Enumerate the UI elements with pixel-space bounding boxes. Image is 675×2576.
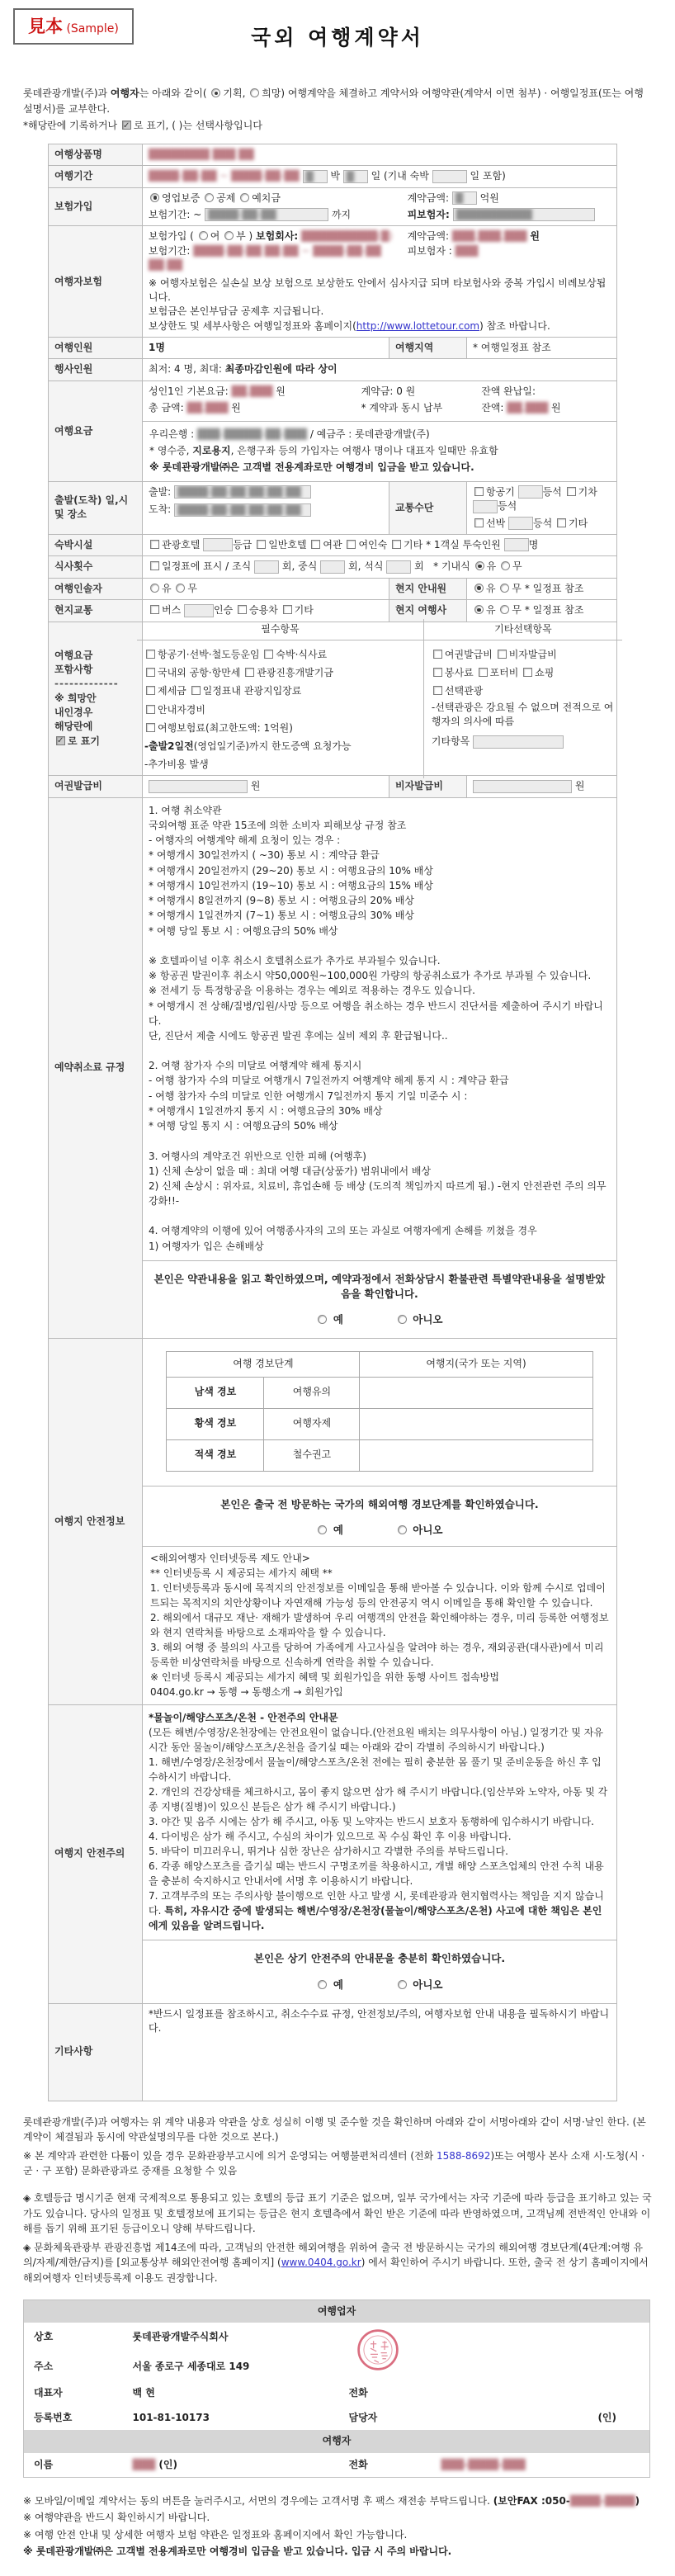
cancellation-rule-line: 단, 진단서 제출 시에도 항공권 발권 후에는 실비 제외 후 환급됩니다.. xyxy=(149,1028,611,1043)
company-reg-label: 등록번호 xyxy=(24,2406,123,2430)
tins-amount-label: 계약금액: xyxy=(408,230,449,242)
signature-table: 여행업자 상호 롯데관광개발주식회사 주소 서울 종로구 세종대로 149 대표… xyxy=(23,2299,650,2478)
etc-label: 기타사항 xyxy=(49,2003,143,2101)
airport-tax-checkbox[interactable] xyxy=(146,668,155,677)
safety-site-note: ◈ 문화체육관광부 관광진흥법 제14조에 따라, 고객님의 안전한 해외여행을… xyxy=(23,2240,652,2286)
alert-destination-cell[interactable] xyxy=(360,1408,592,1439)
ship-checkbox[interactable] xyxy=(474,518,484,527)
passport-fee-checkbox[interactable] xyxy=(433,650,442,659)
optional-tour-note: -선택관광은 강요될 수 없으며 전적으로 여행자의 의사에 따름 xyxy=(432,701,615,730)
safety-caution-line: 6. 각종 해양스포츠를 즐기실 때는 반드시 구명조끼를 착용하시고, 개별 … xyxy=(149,1859,611,1888)
general-hotel-label: 일반호텔 xyxy=(268,539,306,551)
inflight-nights-input[interactable] xyxy=(432,170,467,183)
tins-note-3: 보상한도 및 세부사항은 여행일정표와 홈페이지(http://www.lott… xyxy=(149,319,611,333)
guarantee-radio[interactable] xyxy=(150,193,159,202)
intro-note-pre: *해당란에 기록하거나 xyxy=(23,120,120,131)
company-seal-stamp xyxy=(356,2328,400,2372)
alert-level: 황색 경보 xyxy=(167,1408,264,1439)
cancellation-label: 예약취소료 규정 xyxy=(49,797,143,1338)
taxes-checkbox[interactable] xyxy=(146,686,155,695)
company-header-bar: 여행업자 xyxy=(24,2299,650,2323)
departure-field-label: 출발: xyxy=(149,486,171,498)
meals-itinerary-label: 일정표에 표시 / xyxy=(162,560,229,572)
other-local-transport-checkbox[interactable] xyxy=(283,605,292,614)
inflight-meal-yes-radio[interactable] xyxy=(475,561,484,570)
price-balance-due: 잔액 완납일: xyxy=(481,385,611,399)
terms-confirmation-text: 본인은 약관내용을 읽고 확인하였으며, 예약과정에서 전화상담시 환불관련 특… xyxy=(151,1272,608,1302)
alert-confirmation-text: 본인은 출국 전 방문하는 국가의 해외여행 경보단계를 확인하였습니다. xyxy=(151,1497,608,1512)
breakfast-count-input[interactable] xyxy=(254,560,279,574)
row-etc: 기타사항 *반드시 일정표를 참조하시고, 취소수수료 규정, 안전정보/주의,… xyxy=(49,2003,617,2101)
meals-itinerary-checkbox[interactable] xyxy=(150,561,159,570)
days-input[interactable]: █ xyxy=(343,170,368,183)
departure-line: 출발: ████-██-██ ██:██ ██ xyxy=(149,485,383,499)
ship-label: 선박 xyxy=(486,518,505,529)
tins-amount-unit: 원 xyxy=(530,230,540,242)
inn-label: 여관 xyxy=(323,539,342,551)
train-label: 기차 xyxy=(578,486,597,498)
transport-label: 교통수단 xyxy=(389,481,466,534)
eventcount-bold: 최종마감인원에 따라 상이 xyxy=(225,363,337,375)
bus-capacity-input[interactable] xyxy=(184,604,214,617)
eventcount-pre: 최저: 4 명, 최대: xyxy=(149,363,225,375)
row-insurance: 보험가입 영업보증 공제 예치금 계약금액: █ 억원 xyxy=(49,187,617,226)
page-header: 見本 (Sample) 국외 여행계약서 xyxy=(23,5,652,81)
alert-destination-header: 여행지(국가 또는 지역) xyxy=(360,1352,592,1377)
alert-confirmation: 본인은 출국 전 방문하는 국가의 해외여행 경보단계를 확인하였습니다. 예 … xyxy=(143,1486,616,1547)
optional-items: 여권발급비 비자발급비 봉사료 포터비 쇼핑 선택관광 -선택관광은 강요될 수… xyxy=(423,640,622,778)
company-manager-label: 담당자 xyxy=(339,2406,432,2430)
cancellation-rule-line: * 여행개시 1일전까지 (7~1) 통보 시 : 여행요금의 30% 배상 xyxy=(149,908,611,923)
period-label: 여행기간 xyxy=(49,166,143,187)
closing-paragraph-1: 롯데관광개발(주)과 여행자는 위 계약 내용과 약관을 상호 성실히 이행 및… xyxy=(23,2115,652,2145)
traveler-row: 이름 ███ (인) 전화 ███-████-███ xyxy=(24,2453,650,2478)
other-items-label: 기타항목 xyxy=(432,735,470,747)
insurance-period-suffix: 까지 xyxy=(332,209,351,220)
local-agency-note: * 일정표 참조 xyxy=(525,604,584,616)
intro-text-2: 는 아래와 같이( xyxy=(139,87,210,99)
price-pay-note: * 계약과 동시 납부 xyxy=(361,401,482,415)
insurance-period-label: 보험기간: ~ xyxy=(149,209,201,220)
tins-yes-radio[interactable] xyxy=(199,231,208,240)
tourism-fund-checkbox[interactable] xyxy=(245,668,254,677)
contract-amount-input[interactable]: █ xyxy=(452,191,477,205)
cancellation-rule-line xyxy=(149,1208,611,1223)
tourist-hotel-label: 관광호텔 xyxy=(162,539,200,551)
fare-checkbox[interactable] xyxy=(146,650,155,659)
alert-row: 황색 경보 여행자제 xyxy=(167,1408,592,1439)
passport-fee-input[interactable] xyxy=(149,780,248,793)
tins-join-pre: 보험가입 ( xyxy=(149,230,194,242)
visa-fee-input[interactable] xyxy=(473,780,572,793)
traveler-phone-redacted: ███-████-███ xyxy=(441,2459,526,2470)
product-value-redacted: ████████ ███ ██ xyxy=(149,149,254,160)
cancellation-rule-line xyxy=(149,938,611,953)
optional-items-header: 기타선택항목 xyxy=(423,619,622,640)
local-guide-note: * 일정표 참조 xyxy=(525,583,584,594)
footnote-4: ※ 롯데관광개발㈜은 고객별 전용계좌로만 여행경비 입금을 받고 있습니다. … xyxy=(23,2543,652,2559)
safety-caution-label: 여행지 안전주의 xyxy=(49,1704,143,2003)
required-items: 항공기·선박·철도등운임 숙박·식사료 국내외 공항·항만세 관광진흥개발기금 … xyxy=(137,640,423,778)
intro-note-post: 로 표기, ( )는 선택사항입니다 xyxy=(134,120,262,131)
local-guide-yes-radio[interactable] xyxy=(474,584,484,593)
etc-text: *반드시 일정표를 참조하시고, 취소수수료 규정, 안전정보/주의, 여행자보… xyxy=(143,2003,617,2101)
cancellation-rule-line xyxy=(149,1043,611,1058)
escort-no-radio[interactable] xyxy=(176,584,185,593)
bank-account-line: 우리은행 : ███-█████-██-███ / 예금주 : 롯데관광개발(주… xyxy=(149,426,610,442)
internet-registration-line: ** 인터넷등록 시 제공되는 세가지 혜택 ** xyxy=(150,1566,609,1581)
price-deposit: 계약금: 0 원 xyxy=(361,385,482,399)
price-balance: 잔액: ██,███ 원 xyxy=(481,401,611,415)
tins-join-post: ) xyxy=(249,230,257,242)
alert-no-radio[interactable] xyxy=(398,1525,407,1534)
insured-label: 피보험자: xyxy=(408,209,450,220)
escort-label: 여행인솔자 xyxy=(49,578,143,599)
cancellation-rule-line xyxy=(149,1133,611,1148)
cancellation-rule-line: * 여행개시 10일전까지 (19~10) 통보 시 : 여행요금의 15% 배… xyxy=(149,878,611,893)
company-name-label: 상호 xyxy=(24,2323,123,2352)
other-items-input[interactable] xyxy=(473,735,564,749)
hostel-checkbox[interactable] xyxy=(347,540,356,549)
local-guide-label: 현지 안내원 xyxy=(389,578,466,599)
closing-section: 롯데관광개발(주)과 여행자는 위 계약 내용과 약관을 상호 성실히 이행 및… xyxy=(23,2115,652,2286)
bus-label: 버스 xyxy=(162,604,181,616)
visa-fee-label: 비자발급비 xyxy=(389,776,466,797)
cancellation-rule-line: - 여행 참가자 수의 미달로 인한 여행개시 7일전까지 통지 기일 미준수 … xyxy=(149,1089,611,1104)
inflight-meal-no-radio[interactable] xyxy=(501,561,510,570)
cancellation-rule-line: - 여행 참가자 수의 미달로 여행개시 7일전까지 여행계약 해제 통지 시 … xyxy=(149,1073,611,1088)
travel-alert-table: 여행 경보단계 여행지(국가 또는 지역) 남색 경보 여행유의 xyxy=(166,1351,592,1471)
arrival-field-label: 도착: xyxy=(149,503,171,515)
company-ceo-row: 대표자 백 현 전화 xyxy=(24,2381,650,2405)
alert-action: 철수권고 xyxy=(264,1439,360,1471)
caution-confirmation: 본인은 상기 안전주의 안내문을 충분히 확인하였습니다. 예 아니오 xyxy=(143,1940,616,1999)
alert-yes-radio[interactable] xyxy=(318,1525,327,1534)
caution-no-radio[interactable] xyxy=(398,1980,407,1989)
intro-traveler-bold: 여행자 xyxy=(111,87,139,99)
guarantee-label: 영업보증 xyxy=(162,192,200,204)
lodging-meal-checkbox[interactable] xyxy=(264,650,273,659)
intro-note: *해당란에 기록하거나 로 표기, ( )는 선택사항입니다 xyxy=(23,118,652,134)
safety-site-link[interactable]: www.0404.go.kr xyxy=(281,2257,361,2268)
intro-paragraph: 롯데관광개발(주)과 여행자는 아래와 같이( 기획, 희망) 여행계약을 체결… xyxy=(23,86,652,134)
sample-kanji: 見本 xyxy=(28,17,63,36)
footnote-1: ※ 모바일/이메일 계약서는 동의 버튼을 눌러주시고, 서면의 경우에는 고객… xyxy=(23,2493,652,2509)
footnote-2: ※ 여행약관을 반드시 확인하시기 바랍니다. xyxy=(23,2509,652,2526)
company-reg-number: 101-81-10173 xyxy=(123,2406,339,2430)
company-phone-label: 전화 xyxy=(339,2381,432,2405)
ship-class-input[interactable] xyxy=(508,517,533,530)
price-balance-redacted: ██,███ xyxy=(507,402,548,414)
tins-note-3-pre: 보상한도 및 세부사항은 여행일정표와 홈페이지( xyxy=(149,320,356,332)
row-cancellation: 예약취소료 규정 1. 여행 취소약관국외여행 표준 약관 15조에 의한 소비… xyxy=(49,797,617,1338)
alert-action: 여행자제 xyxy=(264,1408,360,1439)
terms-no-radio[interactable] xyxy=(398,1315,407,1324)
company-address: 서울 종로구 세종대로 149 xyxy=(123,2352,339,2382)
internet-registration-line: 1. 인터넷등록과 동시에 목적지의 안전정보를 이메일을 통해 받아볼 수 있… xyxy=(150,1581,609,1610)
airplane-label: 항공기 xyxy=(486,486,515,498)
sample-watermark-box: 見本 (Sample) xyxy=(13,8,134,45)
optional-tour-checkbox[interactable] xyxy=(433,686,442,695)
days-unit: 일 (기내 숙박 xyxy=(371,170,429,182)
insurance-period-input[interactable]: ████-██-██ xyxy=(205,208,328,221)
cancellation-rule-line: 국외여행 표준 약관 15조에 의한 소비자 피해보상 규정 참조 xyxy=(149,818,611,833)
hostel-label: 여인숙 xyxy=(358,539,387,551)
other-transport-label: 기타 xyxy=(569,518,588,529)
departure-label: 출발(도착) 일,시 및 장소 xyxy=(49,481,143,534)
arrival-line: 도착: ████-██-██ ██:██ ██ xyxy=(149,503,383,517)
company-ceo: 백 현 xyxy=(123,2381,339,2405)
company-header: 여행업자 xyxy=(24,2299,650,2323)
safety-caution-line: 1. 해변/수영장/온천장에서 물놀이/해양스포츠/온천 전에는 필히 충분한 … xyxy=(149,1755,611,1784)
inn-checkbox[interactable] xyxy=(311,540,320,549)
headcount-value: 1명 xyxy=(149,342,165,353)
transport-line-2: 선박 등석 기타 xyxy=(473,517,611,531)
sample-latin: (Sample) xyxy=(63,22,119,35)
cancellation-rule-line: ※ 항공권 발권이후 취소시 약50,000원~100,000원 가량의 항공취… xyxy=(149,968,611,983)
alert-level-header: 여행 경보단계 xyxy=(167,1352,360,1377)
tins-yes-label: 여 xyxy=(210,230,220,242)
lodging-label: 숙박시설 xyxy=(49,534,143,555)
tins-insured-label: 피보험자 : xyxy=(408,245,452,257)
checked-checkbox-icon xyxy=(122,121,131,130)
other-transport-checkbox[interactable] xyxy=(557,518,566,527)
alert-row: 적색 경보 철수권고 xyxy=(167,1439,592,1471)
company-reg-row: 등록번호 101-81-10173 담당자 (인) xyxy=(24,2406,650,2430)
departure-input[interactable]: ████-██-██ ██:██ ██ xyxy=(174,485,311,499)
tins-insured-redacted: ███ xyxy=(456,245,479,257)
eventcount-label: 행사인원 xyxy=(49,359,143,380)
local-transport-label: 현지교통 xyxy=(49,600,143,622)
terms-confirmation: 본인은 약관내용을 읽고 확인하였으며, 예약과정에서 전화상담시 환불관련 특… xyxy=(143,1260,616,1335)
terms-yes-radio[interactable] xyxy=(318,1315,327,1324)
traveler-stamp: (인) xyxy=(158,2459,177,2470)
contract-amount-unit: 억원 xyxy=(480,192,499,204)
caution-yes-radio[interactable] xyxy=(318,1980,327,1989)
dinner-count-input[interactable] xyxy=(386,560,411,574)
cancellation-rule-line: ※ 전세기 등 특정항공을 이용하는 경우는 예외로 적용하는 경우도 있습니다… xyxy=(149,983,611,998)
hotel-grade-input[interactable] xyxy=(203,538,233,551)
receipt-note: * 영수증, 지로용지, 은행구좌 등의 가입자는 여행사 명이나 대표자 일때… xyxy=(149,442,610,459)
cancellation-rule-line: * 여행개시 전 상해/질병/입원/사망 등으로 여행을 취소하는 경우 반드시… xyxy=(149,999,611,1028)
intro-text-1: 롯데관광개발(주)과 xyxy=(23,87,111,99)
contract-type-planned-label: 기획, xyxy=(223,87,245,99)
row-safety-caution: 여행지 안전주의 *물놀이/해양스포츠/온천 - 안전주의 안내문 (모든 해변… xyxy=(49,1704,617,2003)
includes-label: 여행요금 포함사항 ------------- ※ 희망안 내인경우 해당란에 … xyxy=(49,622,143,776)
shopping-checkbox[interactable] xyxy=(523,668,532,677)
alert-level: 남색 경보 xyxy=(167,1377,264,1408)
inflight-meal-label: * 기내식 xyxy=(433,560,470,572)
service-charge-checkbox[interactable] xyxy=(433,668,442,677)
cancellation-rule-line: 1) 신체 손상이 없을 때 : 최대 여행 대금(상품가) 범위내에서 배상 xyxy=(149,1164,611,1179)
fax-number-redacted: ████-████ xyxy=(570,2495,635,2507)
intro-line: 롯데관광개발(주)과 여행자는 아래와 같이( 기획, 희망) 여행계약을 체결… xyxy=(23,86,652,116)
lottetour-link[interactable]: http://www.lottetour.com xyxy=(356,320,479,332)
price-total: 총 금액: ██,███ 원 xyxy=(149,401,361,415)
safety-caution-line: 2. 개인의 건강상태를 체크하시고, 몸이 좋지 않으면 삼가 해 주시기 바… xyxy=(149,1784,611,1814)
local-agency-no-radio[interactable] xyxy=(500,605,509,614)
row-period: 여행기간 ████-██-██ ~ ████-██-██ █ 박 █ 일 (기내… xyxy=(49,166,617,187)
cancellation-rule-line: * 여행 당일 통보 시 : 여행요금의 50% 배상 xyxy=(149,924,611,938)
row-includes: 여행요금 포함사항 ------------- ※ 희망안 내인경우 해당란에 … xyxy=(49,622,617,776)
lunch-count-input[interactable] xyxy=(320,560,345,574)
car-label: 승용차 xyxy=(249,604,278,616)
train-checkbox[interactable] xyxy=(567,487,576,496)
closing-paragraph-2: ※ 본 계약과 관련한 다툼이 있을 경우 문화관광부고시에 의거 운영되는 여… xyxy=(23,2148,652,2179)
page: 見本 (Sample) 국외 여행계약서 롯데관광개발(주)과 여행자는 아래와… xyxy=(0,0,675,2576)
other-lodging-label: 기타 xyxy=(404,539,422,551)
company-address-label: 주소 xyxy=(24,2352,123,2382)
tins-note-1: ※ 여행자보험은 실손실 보상 보험으로 보상한도 안에서 심사지급 되며 타보… xyxy=(149,277,611,305)
airplane-class-input[interactable] xyxy=(518,485,543,499)
footnote-3: ※ 여행 안전 안내 및 상세한 여행자 보험 약관은 일정표와 홈페이지에서 … xyxy=(23,2526,652,2543)
row-passport-fee: 여권발급비 원 비자발급비 원 xyxy=(49,776,617,797)
cancellation-rule-line: * 여행개시 30일전까지 ( ~30) 통보 시 : 계약금 환급 xyxy=(149,848,611,863)
escort-yes-radio[interactable] xyxy=(150,584,159,593)
room-occupancy-input[interactable] xyxy=(504,538,529,551)
row-safety-info: 여행지 안전정보 여행 경보단계 여행지(국가 또는 지역) 남색 경보 xyxy=(49,1339,617,1705)
company-phone-value xyxy=(432,2381,650,2405)
alert-action: 여행유의 xyxy=(264,1377,360,1408)
alert-level: 적색 경보 xyxy=(167,1439,264,1471)
row-meals: 식사횟수 일정표에 표시 / 조식 회, 중식 회, 석식 회 * 기내식 유 … xyxy=(49,556,617,578)
contract-form-table: 여행상품명 ████████ ███ ██ 여행기간 ████-██-██ ~ … xyxy=(48,144,617,2101)
traveler-name-cell: ███ (인) xyxy=(123,2453,339,2478)
safety-caution-title: *물놀이/해양스포츠/온천 - 안전주의 안내문 xyxy=(149,1712,338,1723)
company-manager-stamp: (인) xyxy=(432,2406,650,2430)
contract-type-planned-radio[interactable] xyxy=(211,88,220,97)
contract-amount-label: 계약금액: xyxy=(408,192,449,204)
caution-confirmation-text: 본인은 상기 안전주의 안내문을 충분히 확인하였습니다. xyxy=(151,1951,608,1966)
guide-cost-checkbox[interactable] xyxy=(146,705,155,714)
cancellation-rule-line: * 여행개시 1일전까지 통지 시 : 여행요금의 30% 배상 xyxy=(149,1104,611,1118)
complaint-center-phone: 1588-8692 xyxy=(437,2150,490,2162)
internet-registration-info: <해외여행자 인터넷등록 제도 안내>** 인터넷등록 시 제공되는 세가지 혜… xyxy=(143,1547,616,1704)
row-lodging: 숙박시설 관광호텔 등급 일반호텔 여관 여인숙 기타 * 1객실 투숙인원 명 xyxy=(49,534,617,555)
local-agency-yes-radio[interactable] xyxy=(474,605,484,614)
company-seal-cell xyxy=(339,2323,650,2381)
traveler-header-bar: 여행자 xyxy=(24,2430,650,2452)
hotel-grade-note: ◈ 호텔등급 명시기준 현재 국제적으로 통용되고 있는 호텔의 등급 표기 기… xyxy=(23,2191,652,2237)
row-product: 여행상품명 ████████ ███ ██ xyxy=(49,144,617,165)
alert-destination-cell[interactable] xyxy=(360,1377,592,1408)
car-checkbox[interactable] xyxy=(238,605,247,614)
safety-info-label: 여행지 안전정보 xyxy=(49,1339,143,1705)
row-escort: 여행인솔자 유 무 현지 안내원 유 무 * 일정표 참조 xyxy=(49,578,617,599)
nights-unit: 박 xyxy=(330,170,340,182)
tins-company-redacted: ██████████(█) xyxy=(301,230,393,242)
region-label: 여행지역 xyxy=(389,338,466,359)
headcount-label: 여행인원 xyxy=(49,338,143,359)
deposit-radio[interactable] xyxy=(240,193,249,202)
room-occupancy-label: * 1객실 투숙인원 xyxy=(426,539,501,551)
visa-fee-checkbox[interactable] xyxy=(498,650,507,659)
transport-line-1: 항공기 등석 기차 등석 xyxy=(473,485,611,514)
local-guide-no-radio[interactable] xyxy=(500,584,509,593)
alert-row: 남색 경보 여행유의 xyxy=(167,1377,592,1408)
price-label: 여행요금 xyxy=(49,380,143,481)
row-price: 여행요금 성인1인 기본요금: ██,███ 원 계약금: 0 원 잔액 완납일… xyxy=(49,380,617,481)
airplane-checkbox[interactable] xyxy=(474,487,484,496)
days-suffix: 일 포함) xyxy=(470,170,506,182)
mutual-aid-radio[interactable] xyxy=(205,193,214,202)
safety-caution-line: (모든 해변/수영장/온천장에는 안전요원이 없습니다.(안전요원 배치는 의무… xyxy=(149,1725,611,1755)
cancellation-rule-line: 1. 여행 취소약관 xyxy=(149,803,611,818)
price-total-redacted: ██,███ xyxy=(186,402,228,414)
tins-no-radio[interactable] xyxy=(224,231,234,240)
row-traveler-insurance: 여행자보험 보험가입 ( 여 부 ) 보험회사: ██████████(█) 계… xyxy=(49,226,617,338)
safety-caution-line: 3. 야간 및 음주 시에는 삼가 해 주시고, 아동 및 노약자는 반드시 보… xyxy=(149,1814,611,1829)
traveler-insurance-label: 여행자보험 xyxy=(49,226,143,338)
traveler-name-redacted: ███ xyxy=(133,2459,156,2470)
company-name: 롯데관광개발주식회사 xyxy=(123,2323,339,2352)
cancellation-rule-line: * 여행개시 20일전까지 (29~20) 통보 시 : 여행요금의 10% 배… xyxy=(149,863,611,878)
insured-input[interactable]: ██████████ xyxy=(453,208,595,221)
tins-company-label: 보험회사: xyxy=(256,230,298,242)
mutual-aid-label: 공제 xyxy=(216,192,235,204)
general-hotel-checkbox[interactable] xyxy=(257,540,266,549)
admission-checkbox[interactable] xyxy=(191,686,201,695)
row-departure: 출발(도착) 일,시 및 장소 출발: ████-██-██ ██:██ ██ … xyxy=(49,481,617,534)
cancellation-rule-line: * 여행 당일 통지 시 : 여행요금의 50% 배상 xyxy=(149,1118,611,1133)
cancellation-rule-line: 2) 신체 손상시 : 위자료, 치료비, 휴업손해 등 배상 (도의적 책임까… xyxy=(149,1179,611,1208)
traveler-name-label: 이름 xyxy=(24,2453,123,2478)
tins-note-3-post: ) 참조 바랍니다. xyxy=(479,320,550,332)
internet-registration-line: 0404.go.kr → 동행 → 동행소개 → 회원가입 xyxy=(150,1685,609,1699)
cancellation-rules: 1. 여행 취소약관국외여행 표준 약관 15조에 의한 소비자 피해보상 규정… xyxy=(149,801,611,1254)
train-class-input[interactable] xyxy=(473,500,498,513)
alert-destination-cell[interactable] xyxy=(360,1439,592,1471)
safety-caution-lines: (모든 해변/수영장/온천장에는 안전요원이 없습니다.(안전요원 배치는 의무… xyxy=(149,1725,611,1889)
contract-type-wish-radio[interactable] xyxy=(250,88,259,97)
cancellation-rule-line: 3. 여행사의 계약조건 위반으로 인한 피해 (여행후) xyxy=(149,1149,611,1164)
tins-no-label: 부 xyxy=(236,230,246,242)
traveler-header: 여행자 xyxy=(24,2430,650,2452)
porter-fee-checkbox[interactable] xyxy=(479,668,488,677)
checked-checkbox-icon xyxy=(56,736,65,745)
meals-label: 식사횟수 xyxy=(49,556,143,578)
company-name-row: 상호 롯데관광개발주식회사 xyxy=(24,2323,650,2352)
travel-insurance-checkbox[interactable] xyxy=(146,723,155,732)
period-dates-redacted: ████-██-██ ~ ████-██-██ xyxy=(149,170,300,182)
other-lodging-checkbox[interactable] xyxy=(392,540,401,549)
cancellation-rule-line: 4. 여행계약의 이행에 있어 여행종사자의 고의 또는 과실로 여행자에게 손… xyxy=(149,1223,611,1238)
region-value: * 여행일정표 참조 xyxy=(466,338,616,359)
cancellation-rule-line: ※ 호텔파이널 이후 취소시 호텔취소료가 추가로 부과될수 있습니다. xyxy=(149,953,611,968)
dedicated-account-note: ※ 롯데관광개발㈜은 고객별 전용계좌로만 여행경비 입금을 받고 있습니다. xyxy=(149,459,610,475)
tourist-hotel-checkbox[interactable] xyxy=(150,540,159,549)
traveler-phone-label: 전화 xyxy=(339,2453,432,2478)
footnotes: ※ 모바일/이메일 계약서는 동의 버튼을 눌러주시고, 서면의 경우에는 고객… xyxy=(23,2493,652,2560)
internet-registration-line: 2. 해외에서 대규모 재난· 재해가 발생하여 우리 여행객의 안전을 확인해… xyxy=(150,1610,609,1640)
row-eventcount: 행사인원 최저: 4 명, 최대: 최종마감인원에 따라 상이 xyxy=(49,359,617,380)
other-local-transport-label: 기타 xyxy=(295,604,314,616)
cancellation-rule-line: 2. 여행 참가자 수의 미달로 여행계약 해제 통지시 xyxy=(149,1058,611,1073)
arrival-input[interactable]: ████-██-██ ██:██ ██ xyxy=(174,503,311,517)
includes-divider: ------------- xyxy=(54,677,136,691)
internet-registration-line: 3. 해외 여행 중 불의의 사고를 당하여 가족에게 사고사실을 알려야 하는… xyxy=(150,1640,609,1670)
bus-checkbox[interactable] xyxy=(150,605,159,614)
cancellation-rule-line: * 여행개시 8일전까지 (9~8) 통보 시 : 여행요금의 20% 배상 xyxy=(149,893,611,908)
safety-caution-line: 4. 다이빙은 삼가 해 주시고, 수심의 차이가 있으므로 꼭 수심 확인 후… xyxy=(149,1829,611,1844)
nights-input[interactable]: █ xyxy=(303,170,328,183)
required-items-header: 필수항목 xyxy=(137,619,423,640)
safety-caution-line-7: 7. 고객부주의 또는 주의사항 불이행으로 인한 사고 발생 시, 롯데관광과… xyxy=(149,1888,611,1933)
tins-amount-redacted: ███,███,███ xyxy=(452,230,527,242)
price-base: 성인1인 기본요금: ██,███ 원 xyxy=(149,385,361,399)
cancellation-rule-line: - 여행자의 여행계약 해제 요청이 있는 경우 : xyxy=(149,833,611,848)
product-label: 여행상품명 xyxy=(49,144,143,165)
